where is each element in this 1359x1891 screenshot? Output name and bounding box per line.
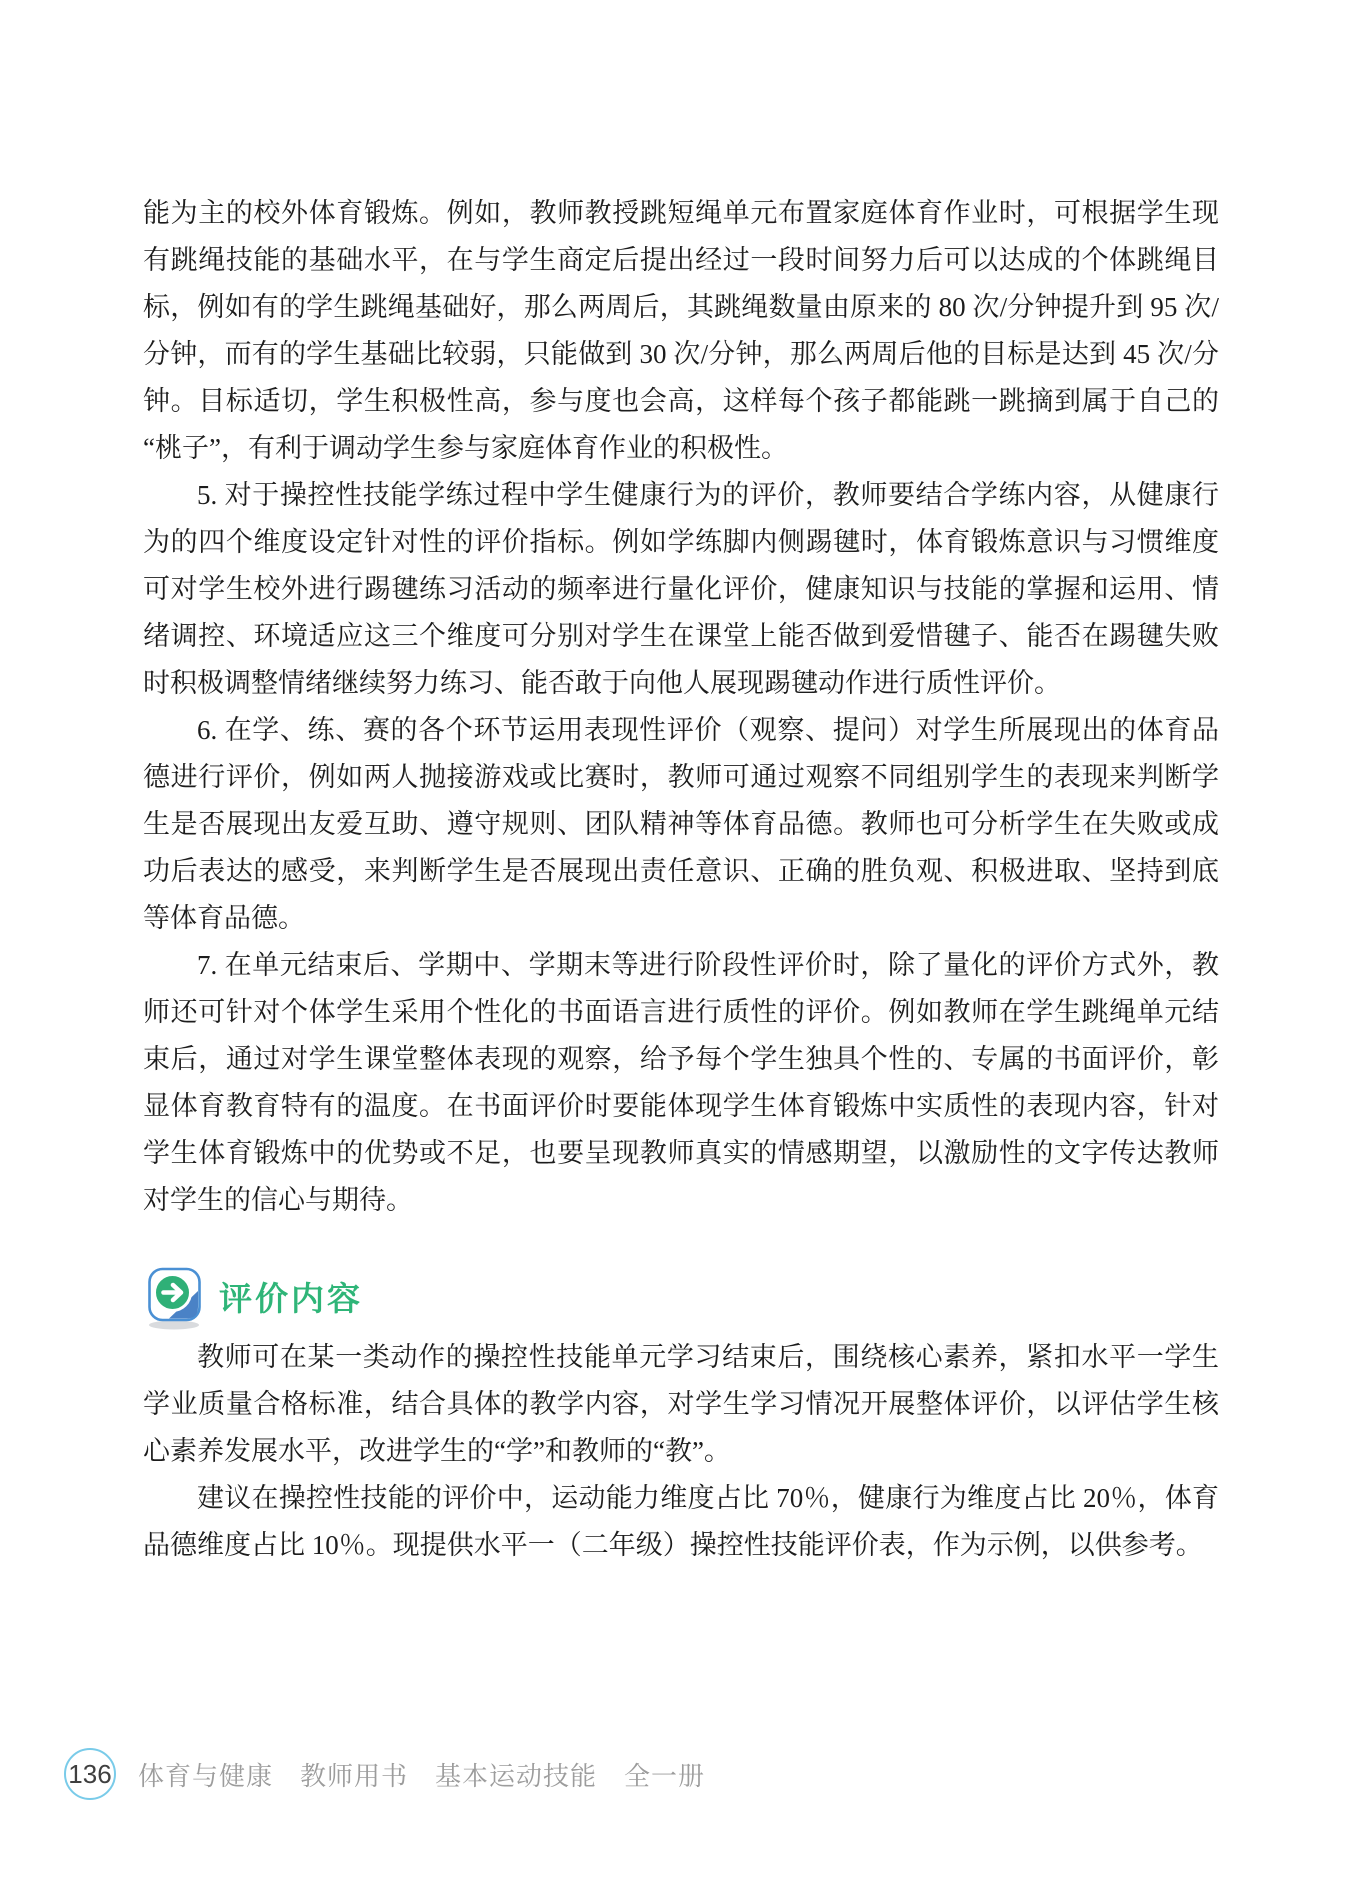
page-footer: 136 体育与健康 教师用书 基本运动技能 全一册	[64, 1748, 705, 1800]
page-number-badge: 136	[64, 1748, 116, 1800]
book-info: 体育与健康 教师用书 基本运动技能 全一册	[138, 1756, 705, 1793]
body-paragraph: 教师可在某一类动作的操控性技能单元学习结束后，围绕核心素养，紧扣水平一学生学业质…	[143, 1334, 1219, 1475]
section-title: 评价内容	[219, 1282, 363, 1315]
arrow-right-circle-icon	[143, 1266, 205, 1330]
body-paragraph: 建议在操控性技能的评价中，运动能力维度占比 70％，健康行为维度占比 20％，体…	[143, 1475, 1219, 1569]
document-page: 能为主的校外体育锻炼。例如，教师教授跳短绳单元布置家庭体育作业时，可根据学生现有…	[0, 0, 1359, 1891]
body-paragraph: 能为主的校外体育锻炼。例如，教师教授跳短绳单元布置家庭体育作业时，可根据学生现有…	[143, 190, 1219, 472]
page-content: 能为主的校外体育锻炼。例如，教师教授跳短绳单元布置家庭体育作业时，可根据学生现有…	[143, 190, 1219, 1569]
body-paragraph: 7. 在单元结束后、学期中、学期末等进行阶段性评价时，除了量化的评价方式外，教师…	[143, 942, 1219, 1224]
body-paragraph: 6. 在学、练、赛的各个环节运用表现性评价（观察、提问）对学生所展现出的体育品德…	[143, 707, 1219, 942]
body-paragraph: 5. 对于操控性技能学练过程中学生健康行为的评价，教师要结合学练内容，从健康行为…	[143, 472, 1219, 707]
section-header: 评价内容	[143, 1266, 1219, 1330]
